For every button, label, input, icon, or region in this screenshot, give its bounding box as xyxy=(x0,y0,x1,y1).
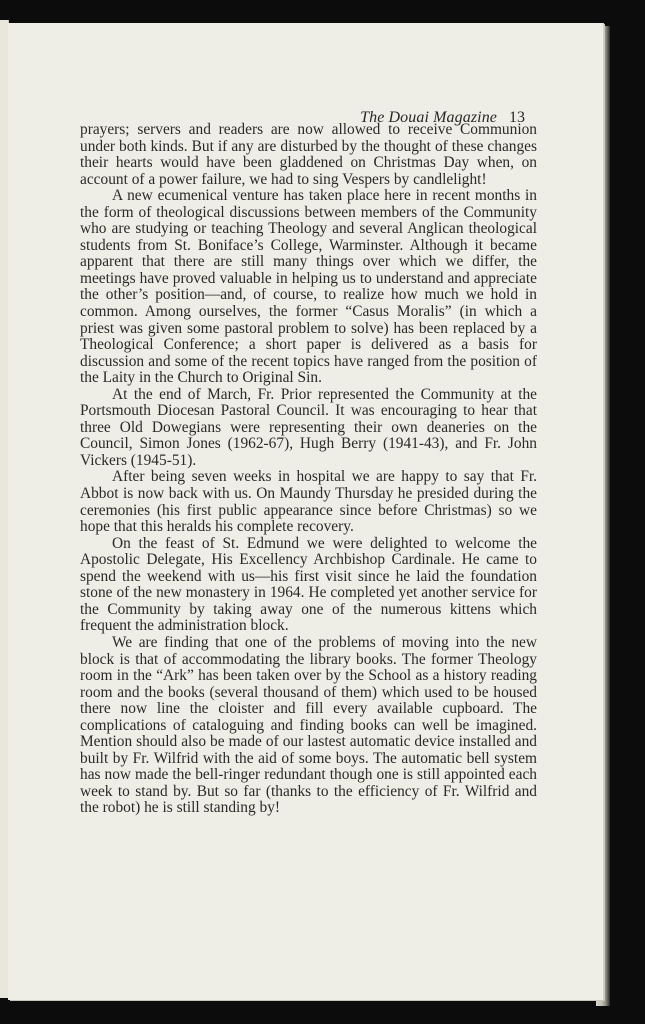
paragraph: A new ecumenical venture has taken place… xyxy=(80,188,537,387)
paragraph: We are finding that one of the problems … xyxy=(80,635,537,817)
article-body: prayers; servers and readers are now all… xyxy=(80,122,537,817)
paragraph: On the feast of St. Edmund we were delig… xyxy=(80,536,537,635)
paragraph: prayers; servers and readers are now all… xyxy=(80,122,537,188)
paragraph: At the end of March, Fr. Prior represent… xyxy=(80,387,537,470)
paragraph: After being seven weeks in hospital we a… xyxy=(80,469,537,535)
